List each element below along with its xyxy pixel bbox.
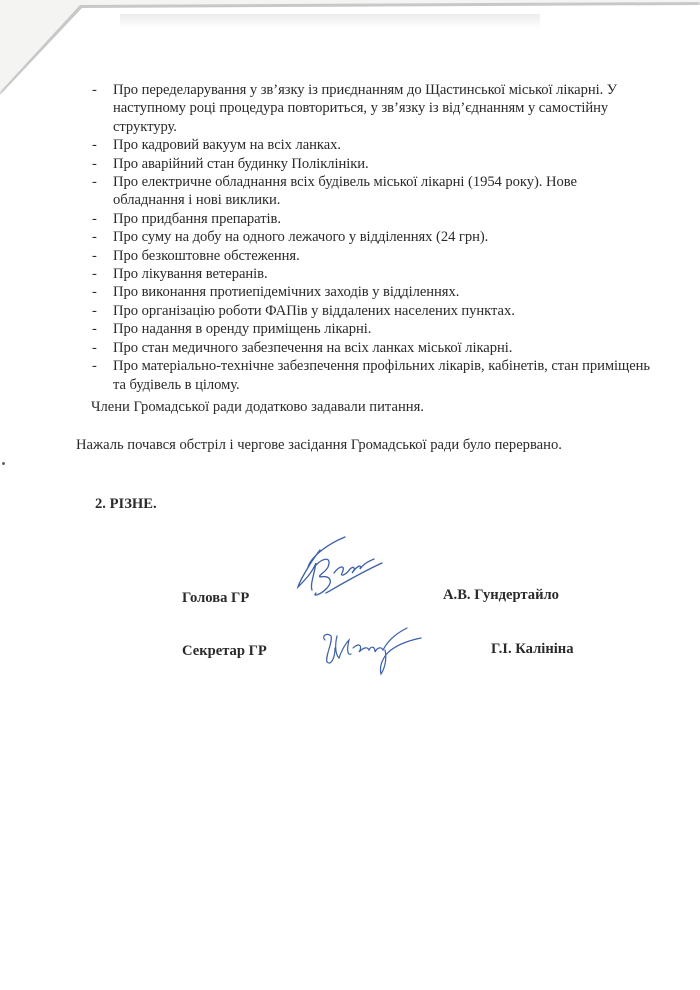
bullet-dash: - xyxy=(92,210,97,228)
agenda-item-text: Про лікування ветеранів. xyxy=(113,266,268,282)
bullet-dash: - xyxy=(92,173,97,191)
agenda-item-text: Про суму на добу на одного лежачого у ві… xyxy=(113,229,488,245)
agenda-item-text: Про надання в оренду приміщень лікарні. xyxy=(113,321,371,337)
agenda-item-text: Про придбання препаратів. xyxy=(113,211,281,227)
agenda-item: -Про суму на добу на одного лежачого у в… xyxy=(92,228,652,246)
handwritten-signature-icon xyxy=(315,622,440,677)
agenda-item-text: Про аварійний стан будинку Поліклініки. xyxy=(113,156,369,172)
agenda-list: -Про переделарування у зв’язку із приєдн… xyxy=(92,81,652,394)
agenda-item: -Про надання в оренду приміщень лікарні. xyxy=(92,320,652,338)
agenda-item: -Про виконання протиепідемічних заходів … xyxy=(92,283,652,301)
bullet-dash: - xyxy=(92,136,97,154)
bullet-dash: - xyxy=(92,265,97,283)
agenda-item: -Про стан медичного забезпечення на всіх… xyxy=(92,339,652,357)
bullet-dash: - xyxy=(92,283,97,301)
bullet-dash: - xyxy=(92,228,97,246)
bullet-dash: - xyxy=(92,155,97,173)
agenda-item-text: Про організацію роботи ФАПів у віддалени… xyxy=(113,303,515,319)
bullet-dash: - xyxy=(92,320,97,338)
bullet-dash: - xyxy=(92,357,97,375)
agenda-item: -Про матеріально-технічне забезпечення п… xyxy=(92,357,652,394)
agenda-item-text: Про переделарування у зв’язку із приєдна… xyxy=(113,82,617,135)
members-note: Члени Громадської ради додатково задавал… xyxy=(91,399,424,416)
chair-name: А.В. Гундертайло xyxy=(443,587,559,604)
agenda-item: -Про аварійний стан будинку Поліклініки. xyxy=(92,155,652,173)
scan-speck xyxy=(2,462,5,465)
agenda-item-text: Про матеріально-технічне забезпечення пр… xyxy=(113,358,650,392)
chair-role-label: Голова ГР xyxy=(182,590,249,607)
agenda-item: -Про електричне обладнання всіх будівель… xyxy=(92,173,652,210)
agenda-item: -Про переделарування у зв’язку із приєдн… xyxy=(92,81,652,136)
agenda-item-text: Про стан медичного забезпечення на всіх … xyxy=(113,340,512,356)
agenda-item: -Про придбання препаратів. xyxy=(92,210,652,228)
secretary-role-label: Секретар ГР xyxy=(182,643,267,660)
closing-statement: Нажаль почався обстріл і чергове засідан… xyxy=(76,437,562,454)
section-heading: 2. РІЗНЕ. xyxy=(95,496,157,513)
agenda-item: -Про організацію роботи ФАПів у віддален… xyxy=(92,302,652,320)
agenda-item-text: Про електричне обладнання всіх будівель … xyxy=(113,174,577,208)
bullet-dash: - xyxy=(92,247,97,265)
agenda-item-text: Про виконання протиепідемічних заходів у… xyxy=(113,284,459,300)
agenda-item: -Про кадровий вакуум на всіх ланках. xyxy=(92,136,652,154)
scan-bleed-through xyxy=(120,14,540,28)
bullet-dash: - xyxy=(92,339,97,357)
agenda-item: -Про безкоштовне обстеження. xyxy=(92,247,652,265)
bullet-dash: - xyxy=(92,81,97,99)
handwritten-signature-icon xyxy=(290,535,390,615)
secretary-name: Г.І. Калініна xyxy=(491,641,574,658)
agenda-item-text: Про кадровий вакуум на всіх ланках. xyxy=(113,137,341,153)
agenda-item-text: Про безкоштовне обстеження. xyxy=(113,248,300,264)
agenda-item: -Про лікування ветеранів. xyxy=(92,265,652,283)
bullet-dash: - xyxy=(92,302,97,320)
